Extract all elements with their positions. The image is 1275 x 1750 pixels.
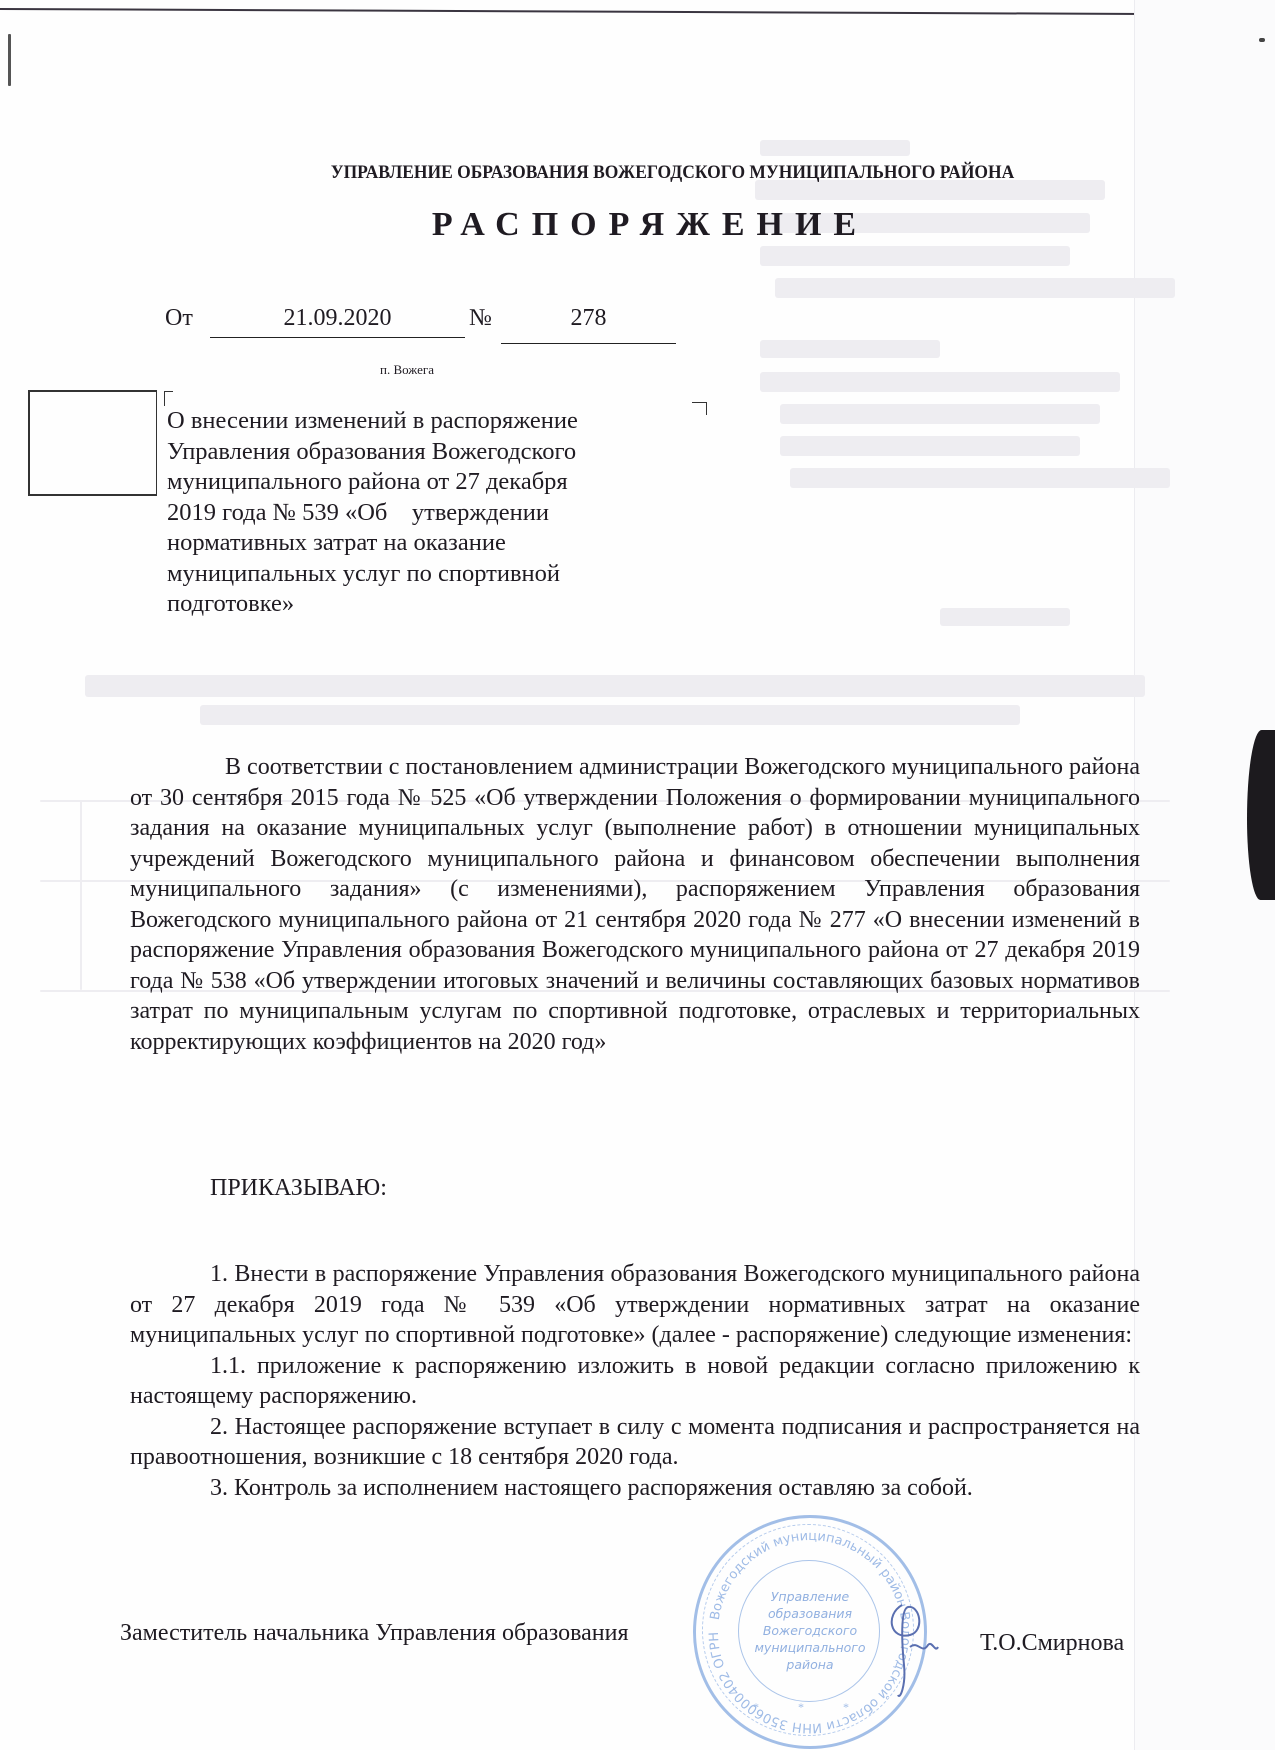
- organization-title: УПРАВЛЕНИЕ ОБРАЗОВАНИЯ ВОЖЕГОДСКОГО МУНИ…: [54, 162, 1275, 184]
- scan-speck: [1259, 38, 1265, 42]
- subject-bracket-left: [164, 391, 173, 406]
- date-label: От: [165, 305, 193, 332]
- signatory-name: Т.О.Смирнова: [980, 1630, 1124, 1657]
- registration-box: [28, 390, 157, 496]
- subject-line: Управления образования Вожегодского: [167, 437, 687, 468]
- document-number: 278: [501, 305, 676, 344]
- subject-bracket-right: [692, 402, 707, 415]
- subject-line: муниципальных услуг по спортивной: [167, 559, 687, 590]
- preamble-paragraph: В соответствии с постановлением админист…: [130, 752, 1140, 1057]
- document-subject: О внесении изменений в распоряжение Упра…: [167, 406, 687, 620]
- document-type: РАСПОРЯЖЕНИЕ: [300, 206, 1000, 244]
- order-item: 2. Настоящее распоряжение вступает в сил…: [130, 1412, 1140, 1473]
- scan-mark: [8, 34, 11, 86]
- scan-shadow: [1247, 730, 1275, 900]
- place-of-issue: п. Вожега: [380, 362, 434, 378]
- order-item: 1.1. приложение к распоряжению изложить …: [130, 1351, 1140, 1412]
- subject-line: нормативных затрат на оказание: [167, 528, 687, 559]
- number-label: №: [469, 305, 492, 332]
- order-heading: ПРИКАЗЫВАЮ:: [210, 1175, 387, 1202]
- scan-edge: [0, 8, 1240, 15]
- handwritten-signature: [880, 1585, 940, 1705]
- document-date: 21.09.2020: [210, 305, 465, 338]
- subject-line: подготовке»: [167, 589, 687, 620]
- order-item: 3. Контроль за исполнением настоящего ра…: [130, 1473, 1140, 1504]
- subject-line: 2019 года № 539 «Об утверждении: [167, 498, 687, 529]
- signatory-position: Заместитель начальника Управления образо…: [120, 1620, 629, 1647]
- subject-line: муниципального района от 27 декабря: [167, 467, 687, 498]
- order-item: 1. Внести в распоряжение Управления обра…: [130, 1259, 1140, 1351]
- order-items: 1. Внести в распоряжение Управления обра…: [130, 1259, 1140, 1503]
- document-page: УПРАВЛЕНИЕ ОБРАЗОВАНИЯ ВОЖЕГОДСКОГО МУНИ…: [0, 0, 1275, 1750]
- subject-line: О внесении изменений в распоряжение: [167, 406, 687, 437]
- stamp-center-text: Управление образования Вожегодского муни…: [740, 1588, 880, 1673]
- registration-row: От 21.09.2020 № 278: [165, 305, 685, 345]
